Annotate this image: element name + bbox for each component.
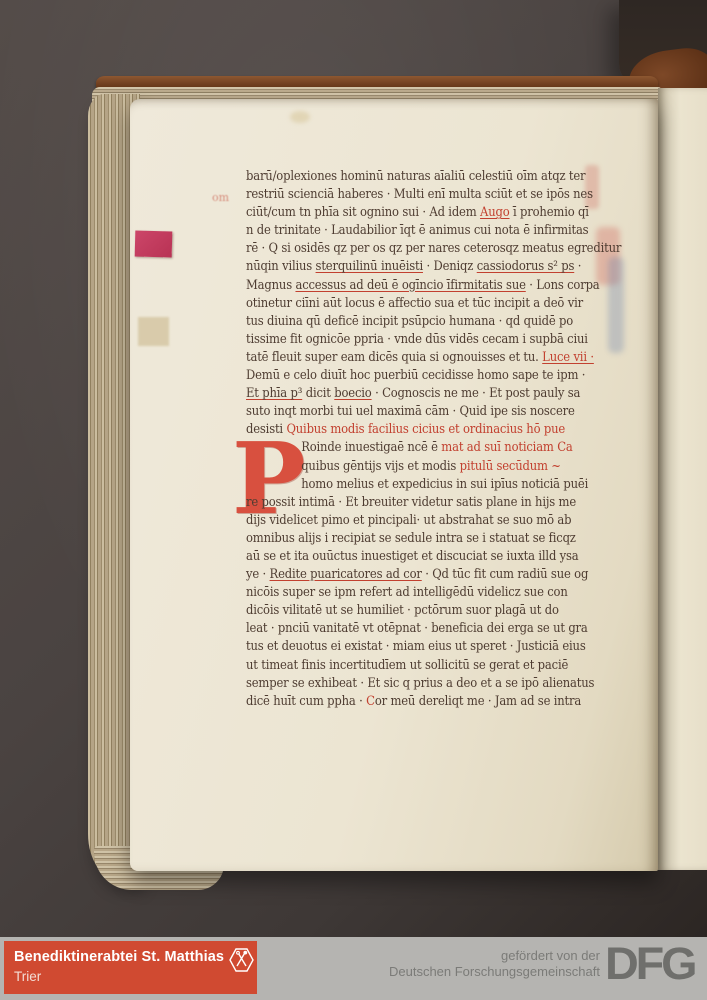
manuscript-line: otinetur ciīni aūt locus ē affectio sua …	[246, 294, 570, 312]
manuscript-line: tus diuina qū deficē incipit psūpcio hum…	[246, 312, 570, 330]
manuscript-line: dicē huīt cum ppha · Cor meū dereliqt me…	[246, 692, 570, 710]
manuscript-text: · Cognoscis ne me · Et post pauly sa	[372, 385, 581, 400]
manuscript-text: tatē fleuit super eam dicēs quia si ogno…	[246, 349, 542, 364]
manuscript-line: omnibus alijs i recipiat se sedule intra…	[246, 529, 570, 547]
manuscript-text: aū se et ita ouūctus inuestiget et discu…	[246, 548, 579, 563]
manuscript-line: quibus gēntijs vijs et modis pitulū secū…	[246, 457, 570, 475]
manuscript-line: dicōis vilitatē ut se humiliet · pctōrum…	[246, 601, 570, 619]
manuscript-line: ciūt/cum tn phīa sit ognino sui · Ad ide…	[246, 203, 570, 221]
manuscript-text: quibus gēntijs vijs et modis	[301, 458, 459, 473]
manuscript-line: homo melius et expedicius in sui ipīus n…	[246, 475, 570, 493]
manuscript-text-block: barū/oplexiones hominū naturas aīaliū ce…	[246, 167, 598, 710]
bookmark-tab	[135, 231, 173, 258]
manuscript-page: om P barū/oplexiones hominū naturas aīal…	[130, 99, 658, 871]
manuscript-line: n de trinitate · Laudabilior īqt ē animu…	[246, 221, 570, 239]
manuscript-text: desisti	[246, 421, 286, 436]
manuscript-line: dijs videlicet pimo et pincipali· ut abs…	[246, 511, 570, 529]
manuscript-text: suto inqt morbi tui uel maximā cām · Qui…	[246, 403, 575, 418]
footer-bar: Benediktinerabtei St. Matthias Trier gef…	[0, 937, 707, 1000]
manuscript-text: dicōis vilitatē ut se humiliet · pctōrum…	[246, 602, 559, 617]
manuscript-text: tus et deuotus ei existat · miam eius ut…	[246, 638, 586, 653]
manuscript-text: ciūt/cum tn phīa sit ognino sui · Ad ide…	[246, 204, 480, 219]
manuscript-text: Magnus	[246, 277, 295, 292]
manuscript-text: nicōis super se ipm refert ad intelligēd…	[246, 584, 568, 599]
manuscript-line: tissime fit ognicōe ppria · vnde dūs vid…	[246, 330, 570, 348]
abbey-emblem-icon	[228, 945, 255, 975]
institution-name: Benediktinerabtei St. Matthias	[14, 949, 224, 965]
digitized-manuscript-view: om P barū/oplexiones hominū naturas aīal…	[0, 0, 707, 1000]
manuscript-line: tatē fleuit super eam dicēs quia si ogno…	[246, 348, 570, 366]
manuscript-line: tus et deuotus ei existat · miam eius ut…	[246, 637, 570, 655]
manuscript-line: ye · Redite puaricatores ad cor · Qd tūc…	[246, 565, 570, 583]
manuscript-text: homo melius et expedicius in sui ipīus n…	[301, 476, 588, 491]
manuscript-text: tissime fit ognicōe ppria · vnde dūs vid…	[246, 331, 588, 346]
funding-line1: gefördert von der	[350, 948, 600, 964]
manuscript-line: re possit intimā · Et breuiter videtur s…	[246, 493, 570, 511]
manuscript-line: Demū e celo diuīt hoc puerbiū cecidisse …	[246, 366, 570, 384]
manuscript-text: nūqin vilius	[246, 258, 316, 273]
manuscript-text: rē · Q si osidēs qz per os qz per nares …	[246, 240, 621, 255]
manuscript-text: or meū dereliqt me · Jam ad se intra	[375, 693, 581, 708]
manuscript-rubric: boecio	[334, 385, 371, 400]
manuscript-text: · Deniqz	[423, 258, 477, 273]
institution-city: Trier	[14, 969, 41, 984]
manuscript-text: dicē huīt cum ppha ·	[246, 693, 366, 708]
manuscript-rubric: Quibus modis facilius cicius et ordinaci…	[286, 421, 565, 436]
manuscript-line: Magnus accessus ad deū ē ogīncio īfirmit…	[246, 276, 570, 294]
manuscript-text: ·	[574, 258, 581, 273]
book-photo: om P barū/oplexiones hominū naturas aīal…	[0, 0, 707, 937]
funding-line2: Deutschen Forschungsgemeinschaft	[350, 964, 600, 980]
manuscript-text: Demū e celo diuīt hoc puerbiū cecidisse …	[246, 367, 585, 382]
faded-tab	[138, 317, 169, 346]
manuscript-rubric: C	[366, 693, 375, 708]
manuscript-text: dicit	[302, 385, 334, 400]
manuscript-text: · Lons corpa	[526, 277, 600, 292]
manuscript-line: rē · Q si osidēs qz per os qz per nares …	[246, 239, 570, 257]
manuscript-text: tus diuina qū deficē incipit psūpcio hum…	[246, 313, 573, 328]
manuscript-text: leat · pnciū vanitatē vt otēpnat · benef…	[246, 620, 588, 635]
manuscript-rubric: Augo	[480, 204, 509, 219]
manuscript-rubric: Et phīa p³	[246, 385, 302, 400]
manuscript-text: ye ·	[246, 566, 270, 581]
manuscript-line: restriū scienciā haberes · Multi enī mul…	[246, 185, 570, 203]
parchment-stain	[290, 111, 310, 123]
manuscript-line: ut timeat finis incertitudīem ut sollici…	[246, 656, 570, 674]
manuscript-rubric: pitulū secūdum ~	[460, 458, 561, 473]
margin-note: om	[212, 191, 229, 204]
manuscript-text: Roinde inuestigaē ncē ē	[301, 439, 441, 454]
manuscript-line: Roinde inuestigaē ncē ē mat ad suī notic…	[246, 438, 570, 456]
manuscript-text: omnibus alijs i recipiat se sedule intra…	[246, 530, 576, 545]
manuscript-text: barū/oplexiones hominū naturas aīaliū ce…	[246, 168, 585, 183]
manuscript-text: dijs videlicet pimo et pincipali· ut abs…	[246, 512, 571, 527]
manuscript-rubric: mat ad suī noticiam Ca	[441, 439, 572, 454]
manuscript-text: ut timeat finis incertitudīem ut sollici…	[246, 657, 568, 672]
manuscript-text: ī prohemio qī	[510, 204, 589, 219]
manuscript-line: barū/oplexiones hominū naturas aīaliū ce…	[246, 167, 570, 185]
manuscript-text: · Qd tūc fit cum radiū sue og	[422, 566, 588, 581]
manuscript-text: semper se exhibeat · Et sic q prius a de…	[246, 675, 594, 690]
manuscript-text: otinetur ciīni aūt locus ē affectio sua …	[246, 295, 583, 310]
manuscript-line: aū se et ita ouūctus inuestiget et discu…	[246, 547, 570, 565]
manuscript-rubric: accessus ad deū ē ogīncio īfirmitatis su…	[295, 277, 525, 292]
manuscript-line: suto inqt morbi tui uel maximā cām · Qui…	[246, 402, 570, 420]
manuscript-line: nūqin vilius sterquilinū inuēisti · Deni…	[246, 257, 570, 275]
manuscript-text: re possit intimā · Et breuiter videtur s…	[246, 494, 576, 509]
manuscript-rubric: Luce vii ·	[542, 349, 594, 364]
manuscript-line: nicōis super se ipm refert ad intelligēd…	[246, 583, 570, 601]
facing-page-sliver	[658, 88, 707, 870]
funding-credit: gefördert von der Deutschen Forschungsge…	[350, 948, 600, 980]
manuscript-rubric: sterquilinū inuēisti	[316, 258, 423, 273]
institution-banner: Benediktinerabtei St. Matthias Trier	[4, 941, 257, 994]
manuscript-text: n de trinitate · Laudabilior īqt ē animu…	[246, 222, 588, 237]
ink-bleedthrough	[608, 257, 624, 353]
dfg-logo: DFG	[605, 940, 694, 988]
manuscript-line: Et phīa p³ dicit boecio · Cognoscis ne m…	[246, 384, 570, 402]
manuscript-text: restriū scienciā haberes · Multi enī mul…	[246, 186, 593, 201]
manuscript-line: leat · pnciū vanitatē vt otēpnat · benef…	[246, 619, 570, 637]
manuscript-line: desisti Quibus modis facilius cicius et …	[246, 420, 570, 438]
manuscript-rubric: Redite puaricatores ad cor	[270, 566, 422, 581]
manuscript-rubric: cassiodorus s² ps	[477, 258, 575, 273]
manuscript-line: semper se exhibeat · Et sic q prius a de…	[246, 674, 570, 692]
